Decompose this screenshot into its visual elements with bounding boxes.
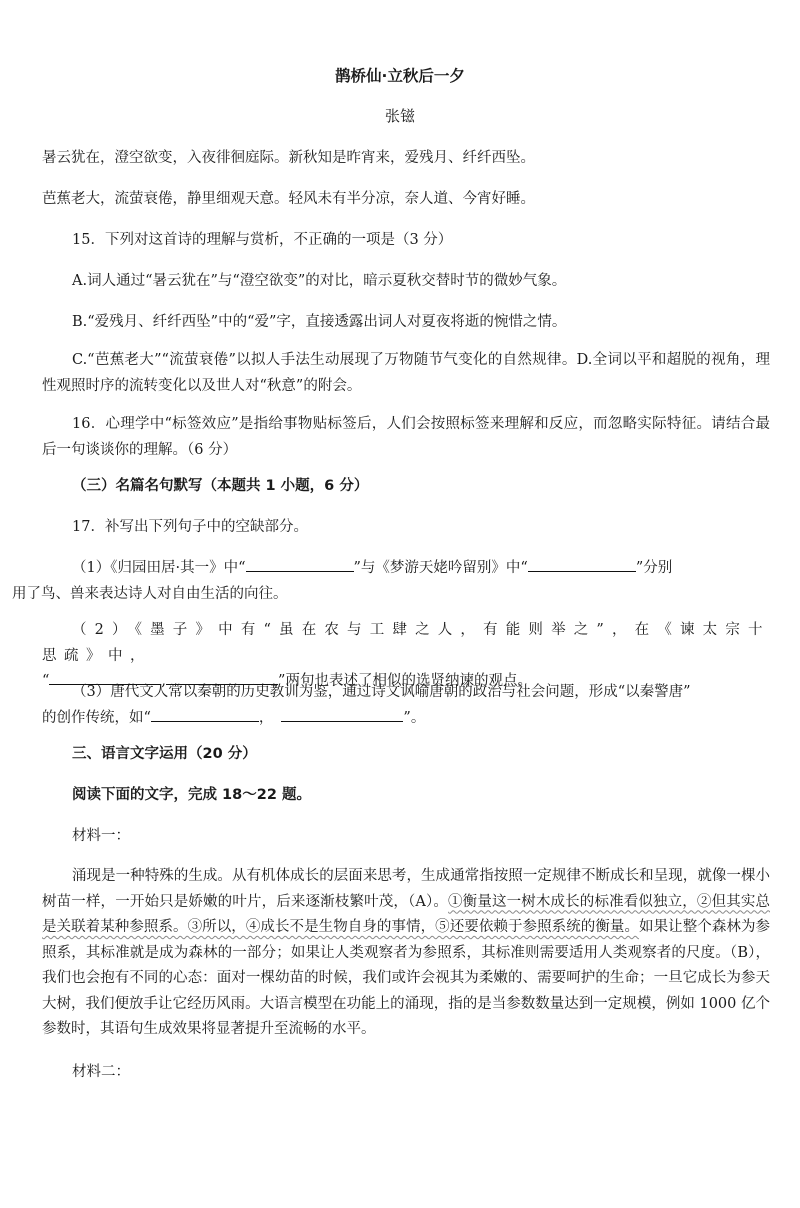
q15-option-cd: C.“芭蕉老大”“流萤衰倦”以拟人手法生动展现了万物随节气变化的自然规律。D.全… xyxy=(42,348,770,399)
material-1-text: 涌现是一种特殊的生成。从有机体成长的层面来思考，生成通常指按照一定规律不断成长和… xyxy=(42,864,770,1043)
material-1-label: 材料一： xyxy=(72,824,770,850)
q17-3-text-a: （3）唐代文人常以秦朝的历史教训为鉴，通过诗文讽喻唐朝的政治与社会问题，形成“以… xyxy=(72,684,691,700)
q17-1-text-d: 用了鸟、兽来表达诗人对自由生活的向往。 xyxy=(12,582,288,608)
q17-3-text-d: ”。 xyxy=(403,710,425,726)
q17-3-comma: ， xyxy=(259,710,274,726)
q17-1-blank-2[interactable] xyxy=(528,557,636,572)
q17-1-blank-1[interactable] xyxy=(246,557,354,572)
poem-line-1: 暑云犹在，澄空欲变，入夜徘徊庭际。新秋知是昨宵来，爱残月、纤纤西坠。 xyxy=(42,146,770,172)
q17-3-line-2: 的创作传统，如“，”。 xyxy=(12,706,425,732)
q17-3-blank-2[interactable] xyxy=(281,707,403,722)
section-heading-famous-lines: （三）名篇名句默写（本题共 1 小题，6 分） xyxy=(72,474,770,500)
material-1-part-2: 如果让整个森林为参照系，其标准就是成为森林的一部分；如果让人类观察者为参照系，其… xyxy=(42,919,770,1037)
part3-heading: 三、语言文字运用（20 分） xyxy=(72,742,770,768)
poem-author: 张镃 xyxy=(0,106,800,126)
q17-3-text-b: 的创作传统，如“ xyxy=(42,710,151,726)
q17-1-text-b: ”与《梦游天姥吟留别》中“ xyxy=(354,560,528,576)
q17-stem: 17．补写出下列句子中的空缺部分。 xyxy=(72,515,770,541)
exam-page: 鹊桥仙·立秋后一夕 张镃 暑云犹在，澄空欲变，入夜徘徊庭际。新秋知是昨宵来，爱残… xyxy=(0,0,800,1208)
q17-2-text-a: （2）《墨子》中有“虽在农与工肆之人，有能则举之”，在《谏太宗十思疏》中， xyxy=(42,622,770,664)
poem-title: 鹊桥仙·立秋后一夕 xyxy=(0,66,800,86)
q17-3-blank-1[interactable] xyxy=(151,707,259,722)
q17-1-text-a: （1）《归园田居·其一》中“ xyxy=(72,560,246,576)
poem-line-2: 芭蕉老大，流萤衰倦，静里细观天意。轻风未有半分凉，奈人道、今宵好睡。 xyxy=(42,187,770,213)
q15-option-b: B.“爱残月、纤纤西坠”中的“爱”字，直接透露出词人对夏夜将逝的惋惜之情。 xyxy=(72,310,770,336)
q17-1-text-c: ”分别 xyxy=(636,560,672,576)
q15-stem-text: 15．下列对这首诗的理解与赏析，不正确的一项是（3 分） xyxy=(72,232,452,248)
q17-item-3: （3）唐代文人常以秦朝的历史教训为鉴，通过诗文讽喻唐朝的政治与社会问题，形成“以… xyxy=(42,680,770,731)
q17-item-1: （1）《归园田居·其一》中“”与《梦游天姥吟留别》中“”分别用了鸟、兽来表达诗人… xyxy=(42,556,770,607)
part3-instruction: 阅读下面的文字，完成 18～22 题。 xyxy=(72,783,770,809)
material-2-label: 材料二： xyxy=(72,1060,770,1086)
q15-stem: 15．下列对这首诗的理解与赏析，不正确的一项是（3 分） xyxy=(42,228,770,254)
q16-stem: 16．心理学中“标签效应”是指给事物贴标签后，人们会按照标签来理解和反应，而忽略… xyxy=(42,412,770,463)
q15-option-a: A.词人通过“暑云犹在”与“澄空欲变”的对比，暗示夏秋交替时节的微妙气象。 xyxy=(72,269,770,295)
